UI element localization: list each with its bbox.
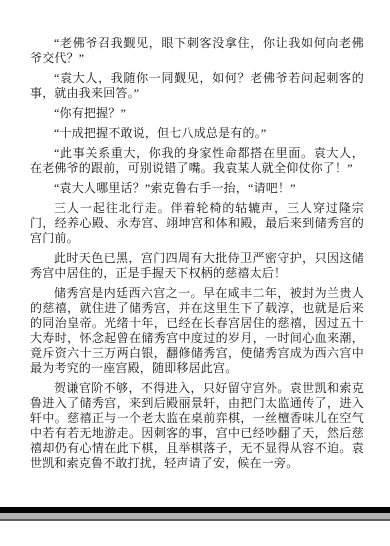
page-bottom-edge-line: [0, 519, 390, 521]
paragraph: 此时天色已黑，宫门四周有大批侍卫严密守护，只因这储秀宫中居住的，正是手握天下权柄…: [30, 251, 364, 281]
paragraph: “袁大人，我随你一同觐见，如何？老佛爷若问起刺客的事，就由我来回答。”: [30, 71, 364, 101]
paragraph: “袁大人哪里话？”索克鲁右手一抬，“请吧！”: [30, 181, 364, 196]
paragraph: “十成把握不敢说，但七八成总是有的。”: [30, 126, 364, 141]
paragraph: 贺谦官阶不够，不得进入，只好留守宫外。袁世凯和索克鲁进入了储秀宫，来到后殿丽景轩…: [30, 381, 364, 471]
page-text: “老佛爷召我觐见，眼下刺客没拿住，你让我如何向老佛爷交代？”“袁大人，我随你一同…: [30, 36, 364, 476]
paragraph: “此事关系重大，你我的身家性命都搭在里面。袁大人，在老佛爷的跟前，可别说错了嘴。…: [30, 146, 364, 176]
paragraph: “你有把握？”: [30, 106, 364, 121]
paragraph: “老佛爷召我觐见，眼下刺客没拿住，你让我如何向老佛爷交代？”: [30, 36, 364, 66]
paragraph: 储秀宫是内廷西六宫之一。早在咸丰二年，被封为兰贵人的慈禧，就住进了储秀宫，并在这…: [30, 286, 364, 376]
book-page: “老佛爷召我觐见，眼下刺客没拿住，你让我如何向老佛爷交代？”“袁大人，我随你一同…: [0, 0, 390, 546]
paragraph: 三人一起往北行走。伴着轮椅的轱辘声，三人穿过隆宗门，经养心殿、永寿宫、翊坤宫和体…: [30, 201, 364, 246]
